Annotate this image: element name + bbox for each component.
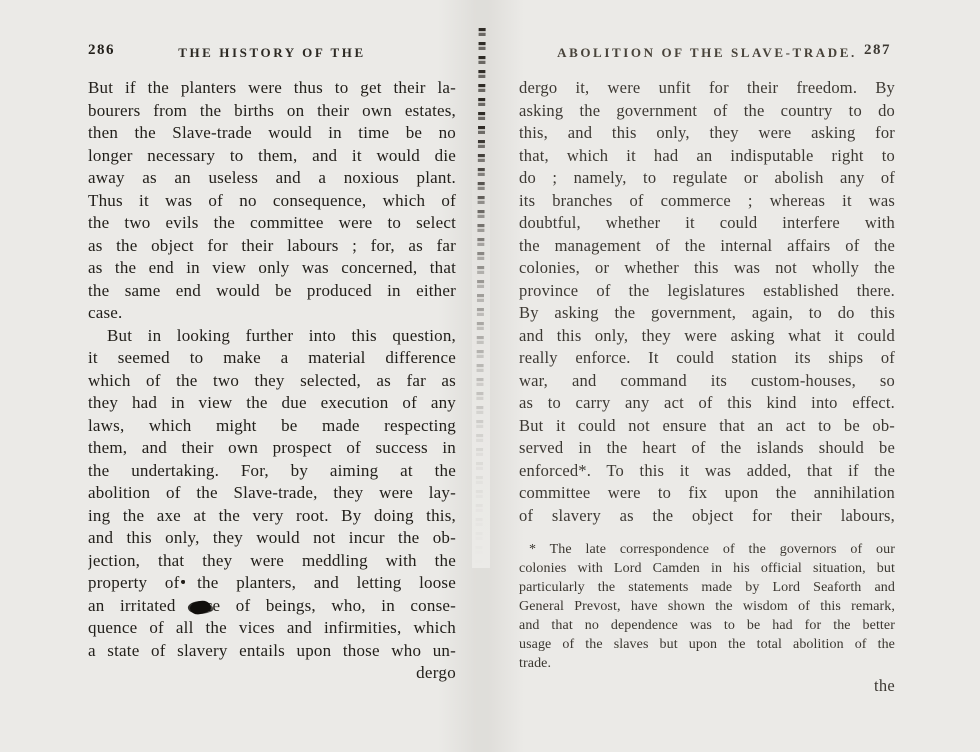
right-page-text: dergo it, were unfit for their freedom. … xyxy=(519,77,895,527)
text-line: served in the heart of the islands shoul… xyxy=(519,437,895,460)
text-line: that, which it had an indisputable right… xyxy=(519,145,895,168)
text-line: war, and command its custom-houses, so xyxy=(519,370,895,393)
text-line: an irritated race of beings, who, in con… xyxy=(88,595,456,618)
text-line: this, and this only, they were asking fo… xyxy=(519,122,895,145)
right-page-number: 287 xyxy=(864,42,891,59)
text-line: abolition of the Slave-trade, they were … xyxy=(88,482,456,505)
text-line: quence of all the vices and infirmities,… xyxy=(88,617,456,640)
footnote: * The late correspondence of the governo… xyxy=(519,540,895,673)
text-line: of slavery as the object for their labou… xyxy=(519,505,895,528)
text-line: and this only, they were asking what it … xyxy=(519,325,895,348)
text-line: jection, that they were meddling with th… xyxy=(88,550,456,573)
text-line: its branches of commerce ; whereas it wa… xyxy=(519,190,895,213)
right-page: ABOLITION OF THE SLAVE-TRADE. 287 dergo … xyxy=(519,42,895,698)
text-line: the two evils the committee were to sele… xyxy=(88,212,456,235)
text-line: as the end in view only was concerned, t… xyxy=(88,257,456,280)
left-page: 286 THE HISTORY OF THE But if the plante… xyxy=(88,42,456,685)
footnote-line: and that no dependence was to be had for… xyxy=(519,616,895,635)
text-line: enforced*. To this it was added, that if… xyxy=(519,460,895,483)
text-line: it seemed to make a material difference xyxy=(88,347,456,370)
text-line: doubtful, whether it could interfere wit… xyxy=(519,212,895,235)
text-line: ing the axe at the very root. By doing t… xyxy=(88,505,456,528)
text-line: But in looking further into this questio… xyxy=(88,325,456,348)
ink-speck xyxy=(181,580,185,584)
text-line: as to carry any act of this kind into ef… xyxy=(519,392,895,415)
text-line: away as an useless and a noxious plant. xyxy=(88,167,456,190)
binding-fold-fade xyxy=(472,28,490,568)
text-line: do ; namely, to regulate or abolish any … xyxy=(519,167,895,190)
text-line: longer necessary to them, and it would d… xyxy=(88,145,456,168)
text-line: By asking the government, again, to do t… xyxy=(519,302,895,325)
text-line: the same end would be produced in either xyxy=(88,280,456,303)
left-page-text: But if the planters were thus to get the… xyxy=(88,77,456,662)
text-line: really enforce. It could station its shi… xyxy=(519,347,895,370)
text-line: dergo it, were unfit for their freedom. … xyxy=(519,77,895,100)
left-running-title: THE HISTORY OF THE xyxy=(88,42,456,61)
text-line: they had in view the due execution of an… xyxy=(88,392,456,415)
text-line: a state of slavery entails upon those wh… xyxy=(88,640,456,663)
footnote-line: particularly the statements made by Lord… xyxy=(519,578,895,597)
text-line: province of the legislatures established… xyxy=(519,280,895,303)
left-page-number: 286 xyxy=(88,42,115,59)
footnote-line: * The late correspondence of the governo… xyxy=(519,540,895,559)
text-line: bourers from the births on their own est… xyxy=(88,100,456,123)
book-scan-spread: 286 THE HISTORY OF THE But if the plante… xyxy=(0,0,980,752)
text-line: the undertaking. For, by aiming at the xyxy=(88,460,456,483)
footnote-line: usage of the slaves but upon the total a… xyxy=(519,635,895,654)
footnote-line: colonies with Lord Camden in his officia… xyxy=(519,559,895,578)
text-line: But it could not ensure that an act to b… xyxy=(519,415,895,438)
text-line: as the object for their labours ; for, a… xyxy=(88,235,456,258)
text-line: the management of the internal affairs o… xyxy=(519,235,895,258)
text-line: colonies, or whether this was not wholly… xyxy=(519,257,895,280)
right-catchword: the xyxy=(519,673,895,698)
text-line: laws, which might be made respecting xyxy=(88,415,456,438)
text-line: case. xyxy=(88,302,456,325)
text-line: property of the planters, and letting lo… xyxy=(88,572,456,595)
footnote-line: trade. xyxy=(519,654,895,673)
text-line: them, and their own prospect of success … xyxy=(88,437,456,460)
right-page-header: ABOLITION OF THE SLAVE-TRADE. 287 xyxy=(519,42,895,62)
text-line: then the Slave-trade would in time be no xyxy=(88,122,456,145)
footnote-line: General Prevost, have shown the wisdom o… xyxy=(519,597,895,616)
text-line: committee were to fix upon the annihilat… xyxy=(519,482,895,505)
text-line: Thus it was of no consequence, which of xyxy=(88,190,456,213)
text-line: which of the two they selected, as far a… xyxy=(88,370,456,393)
right-running-title: ABOLITION OF THE SLAVE-TRADE. xyxy=(519,42,895,61)
text-line: and this only, they would not incur the … xyxy=(88,527,456,550)
left-page-header: 286 THE HISTORY OF THE xyxy=(88,42,456,62)
text-line: But if the planters were thus to get the… xyxy=(88,77,456,100)
text-line: asking the government of the country to … xyxy=(519,100,895,123)
left-catchword: dergo xyxy=(88,662,456,685)
